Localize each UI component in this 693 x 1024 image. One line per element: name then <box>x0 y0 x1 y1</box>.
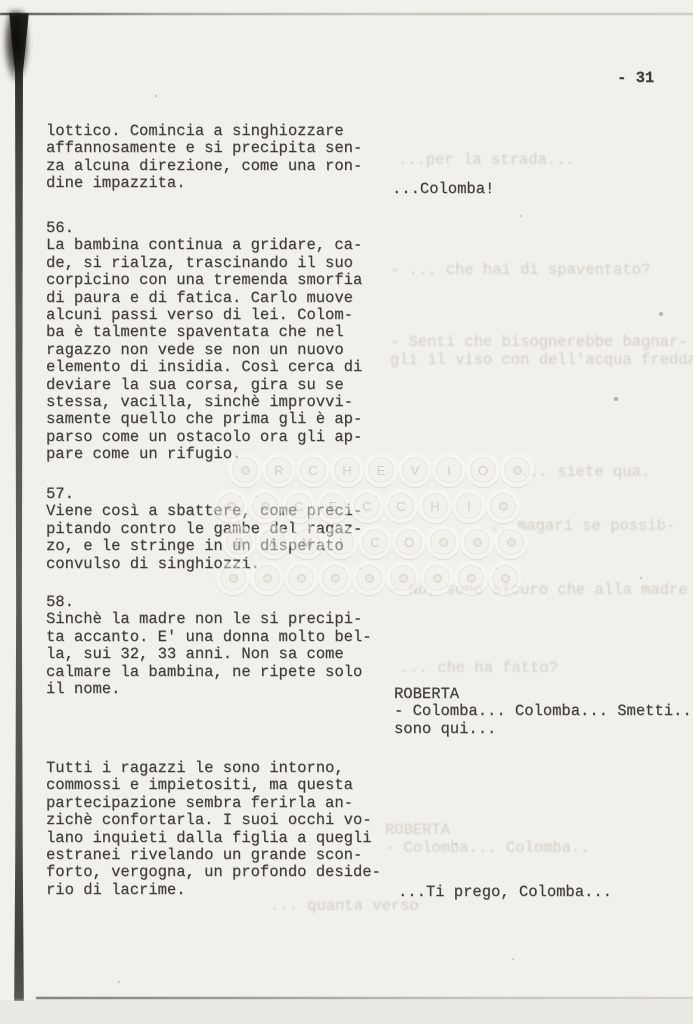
watermark-circle <box>216 561 250 595</box>
watermark-dot <box>467 574 476 583</box>
watermark-circle: V <box>398 453 432 487</box>
scan-bottom-margin <box>0 1000 693 1024</box>
watermark-dot <box>263 574 272 583</box>
crowd-description-text: Tutti i ragazzi le sono intorno, commoss… <box>46 760 381 899</box>
watermark-circle: H <box>418 489 452 523</box>
page-number: - 31 <box>617 70 654 87</box>
watermark-dot <box>365 574 374 583</box>
scene-55-continuation-text: lottico. Comincia a singhiozzare affanno… <box>46 123 362 193</box>
watermark-dot <box>331 574 340 583</box>
watermark-dot <box>227 502 236 511</box>
watermark-circle <box>488 561 522 595</box>
watermark-circle: M <box>290 525 324 559</box>
watermark-circle <box>494 525 528 559</box>
watermark-circle: E <box>316 489 350 523</box>
watermark-circle: O <box>392 525 426 559</box>
watermark-circle <box>352 561 386 595</box>
ghost-text-line: gli il viso con dell'acqua fredda.. <box>390 352 693 369</box>
watermark-circle: E <box>364 453 398 487</box>
watermark-circle <box>248 489 282 523</box>
watermark-dot <box>229 574 238 583</box>
watermark-circle <box>386 561 420 595</box>
page-top-edge <box>0 13 693 15</box>
watermark-circle: I <box>324 525 358 559</box>
watermark-circle <box>250 561 284 595</box>
ghost-text-line: - Colomba... Colomba.. <box>385 840 590 857</box>
watermark-dot <box>501 574 510 583</box>
watermark-circle: C <box>358 525 392 559</box>
watermark-dot <box>513 466 522 475</box>
watermark-circle <box>500 453 534 487</box>
watermark-row: RCHEVIO <box>228 453 534 487</box>
dialogue-ti-prego: ...Ti prego, Colomba... <box>398 884 612 901</box>
ghost-text-line: - Senti che bisognerebbe bagnar- <box>390 334 688 351</box>
embossed-watermark: RCHEVIOCECCHIBAMICO <box>214 453 534 597</box>
watermark-circle <box>284 561 318 595</box>
watermark-circle <box>454 561 488 595</box>
watermark-dot <box>399 574 408 583</box>
watermark-circle: B <box>222 525 256 559</box>
ghost-text-line: ... quanta verso <box>270 898 419 915</box>
watermark-circle: C <box>296 453 330 487</box>
watermark-row <box>216 561 534 595</box>
ghost-text-line: ... siete qua. <box>520 464 650 481</box>
watermark-row: BAMICO <box>222 525 534 559</box>
watermark-circle: I <box>432 453 466 487</box>
scene-56-text: 56. La bambina continua a gridare, ca- d… <box>46 220 362 464</box>
watermark-row: CECCHI <box>214 489 534 523</box>
ghost-text-line: ROBERTA <box>385 822 450 839</box>
binding-smudge <box>8 13 30 1001</box>
watermark-circle <box>426 525 460 559</box>
watermark-circle <box>228 453 262 487</box>
watermark-dot <box>439 538 448 547</box>
ghost-text-line: ...per la strada... <box>398 152 575 169</box>
watermark-dot <box>473 538 482 547</box>
watermark-dot <box>241 466 250 475</box>
watermark-circle <box>318 561 352 595</box>
binding-smudge-top <box>2 10 34 110</box>
scene-58-text: 58. Sinchè la madre non le si precipi- t… <box>46 594 372 698</box>
watermark-dot <box>261 502 270 511</box>
dialogue-colomba-call: ...Colomba! <box>392 181 494 198</box>
watermark-circle: A <box>256 525 290 559</box>
watermark-circle <box>214 489 248 523</box>
watermark-dot <box>433 574 442 583</box>
paper-speckles <box>155 95 157 97</box>
watermark-circle <box>486 489 520 523</box>
watermark-dot <box>297 574 306 583</box>
page-bottom-edge <box>36 997 693 999</box>
watermark-circle: I <box>452 489 486 523</box>
ghost-text-line: ... che ha fatto? <box>400 660 558 677</box>
watermark-circle <box>420 561 454 595</box>
watermark-circle: C <box>350 489 384 523</box>
watermark-circle: H <box>330 453 364 487</box>
document-page: - 31 lottico. Comincia a singhiozzare af… <box>0 0 693 1024</box>
watermark-circle: C <box>282 489 316 523</box>
ghost-text-line: - ... che hai di spaventato? <box>390 262 650 279</box>
watermark-dot <box>507 538 516 547</box>
watermark-circle: C <box>384 489 418 523</box>
watermark-circle <box>460 525 494 559</box>
watermark-circle: O <box>466 453 500 487</box>
watermark-dot <box>499 502 508 511</box>
dialogue-roberta: ROBERTA - Colomba... Colomba... Smetti..… <box>394 686 693 738</box>
watermark-circle: R <box>262 453 296 487</box>
